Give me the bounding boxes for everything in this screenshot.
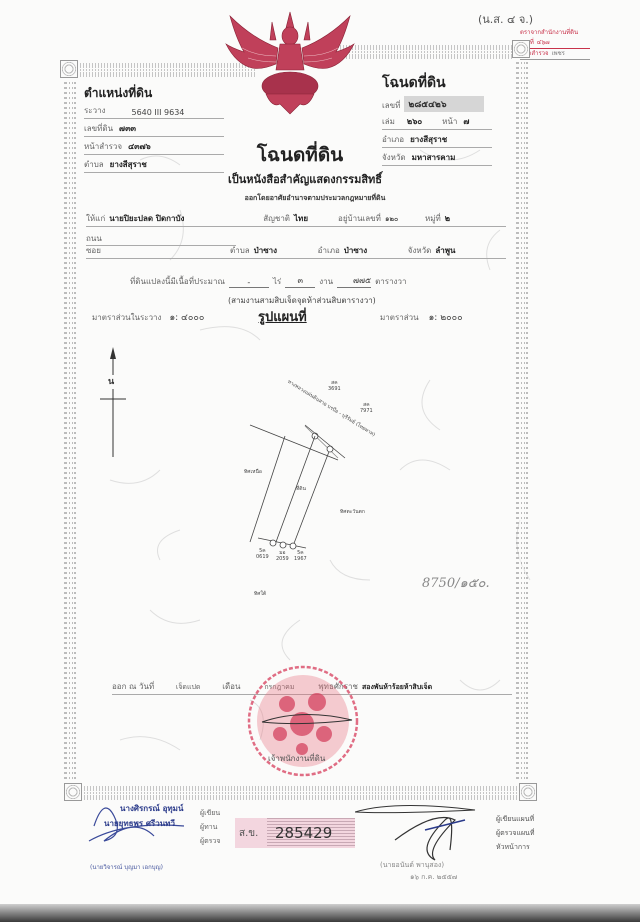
land-location-section: ตำแหน่งที่ดิน ระวาง 5640 III 9634 เลขที่…	[84, 84, 234, 173]
amphoe-field: อำเภอ ยางสีสุราช	[382, 136, 492, 148]
border-top-right	[340, 45, 512, 59]
boundary-marker	[270, 540, 276, 546]
border-corner-ornament	[60, 60, 78, 78]
serial-number: 285429	[267, 818, 355, 848]
seal-officer-label: เจ้าพนักงานที่ดิน	[268, 752, 325, 765]
red-annotation-line1: ตราจากสำนักงานที่ดิน	[520, 28, 590, 38]
map-scale-rawang: มาตราส่วนในระวาง ๑: ๔๐๐๐	[92, 310, 204, 324]
document-title: โฉนดที่ดิน	[240, 140, 360, 170]
owner-row: ให้แก่ นายปิยะปลด ปิดกาบัง สัญชาติ ไทย อ…	[86, 212, 506, 227]
border-left	[64, 82, 76, 782]
adjacent-bottom-label: ทิศใต้	[254, 590, 266, 598]
area-row: ที่ดินแปลงนี้มีเนื้อที่ประมาณ - ไร่ ๓ งา…	[130, 274, 406, 288]
soi-address-row: ซอย ตำบล ป่าซาง อำเภอ ป่าซาง จังหวัด ลำพ…	[86, 244, 506, 259]
signer-name-2: นายยุทธพร ศรีวนทวี	[104, 817, 214, 830]
marker-label-bottom-2: มอ 2059	[276, 550, 289, 562]
scan-bottom-edge	[0, 904, 640, 922]
boundary-marker	[280, 542, 286, 548]
north-label: น	[108, 374, 114, 388]
border-corner-ornament	[519, 783, 537, 801]
document-subtitle: เป็นหนังสือสำคัญแสดงกรรมสิทธิ์	[190, 170, 420, 188]
adjacent-left-label: ทิศเหนือ	[244, 468, 262, 476]
boundary-marker	[290, 543, 296, 549]
land-title-deed-document: (น.ส. ๔ จ.) ตราจากสำนักงานที่ดิน เลขที่ …	[0, 0, 640, 922]
deed-info-section: โฉนดที่ดิน เลขที่ ๒๘๕๔๒๖ เล่ม ๒๖๐ หน้า ๗…	[382, 72, 512, 166]
book-page-field: เล่ม ๒๖๐ หน้า ๗	[382, 118, 492, 130]
border-corner-ornament	[512, 40, 530, 58]
map-title: รูปแผนที่	[258, 306, 307, 327]
red-annotation-line3: หน้าสำรวจ เพชร	[520, 49, 590, 60]
garuda-emblem-icon	[222, 8, 358, 118]
land-number-field: เลขที่ดิน ๗๓๓	[84, 125, 224, 137]
right-signature-roles: ผู้เขียนแผนที่ ผู้ตรวจแผนที่ หัวหน้าการ	[496, 812, 534, 854]
serial-number-box: ส.ข. 285429	[235, 818, 355, 848]
north-arrow-icon	[100, 345, 130, 460]
adjacent-right-label: ทิศตะวันตก	[340, 508, 365, 516]
left-signature-roles: ผู้เขียน ผู้ทาน ผู้ตรวจ	[200, 806, 220, 848]
border-right	[516, 62, 528, 782]
serial-prefix: ส.ข.	[239, 826, 267, 841]
parcel-label: ที่ดิน	[296, 485, 306, 493]
red-annotation-line2: เลขที่ ๔๖๗	[520, 38, 590, 49]
red-annotation: ตราจากสำนักงานที่ดิน เลขที่ ๔๖๗ หน้าสำรว…	[520, 28, 590, 60]
survey-page-field: หน้าสำรวจ ๔๓๗๖	[84, 143, 224, 155]
handwritten-note: 8750/๑๕๐.	[422, 572, 490, 593]
map-scale: มาตราส่วน ๑: ๒๐๐๐	[380, 310, 463, 324]
deed-number-field: เลขที่ ๒๘๕๔๒๖	[382, 96, 512, 112]
owner-name: นายปิยะปลด ปิดกาบัง	[109, 212, 239, 225]
marker-label-bottom-1: 5ค 0619	[256, 548, 269, 560]
rawang-field: ระวาง 5640 III 9634	[84, 107, 224, 119]
marker-label-top-right: สค 7971	[360, 402, 373, 414]
left-signature-block: นางศิรกรณ์ อุทุมน์ นายยุทธพร ศรีวนทวี	[84, 802, 214, 830]
deed-number-value: ๒๘๕๔๒๖	[404, 96, 484, 112]
issued-by-authority: ออกโดยอาศัยอำนาจตามประมวลกฎหมายที่ดิน	[210, 193, 420, 204]
land-location-header: ตำแหน่งที่ดิน	[84, 84, 234, 103]
left-signature-footer: (นายวิจารณ์ บุญมา เอกบุญ)	[90, 862, 163, 872]
deed-header: โฉนดที่ดิน	[382, 72, 512, 94]
right-signature-footer-name: (นายอนันต์ พานุสอง)	[380, 860, 444, 871]
province-field: จังหวัด มหาสารคาม	[382, 154, 492, 166]
marker-label-bottom-3: 5ค 1967	[294, 550, 307, 562]
marker-label-top-left: สค 3691	[328, 380, 341, 392]
right-signature-date: ๑๖ ก.ค. ๒๕๕๗	[410, 872, 457, 883]
border-corner-ornament	[64, 783, 82, 801]
form-code: (น.ส. ๔ จ.)	[478, 10, 533, 28]
